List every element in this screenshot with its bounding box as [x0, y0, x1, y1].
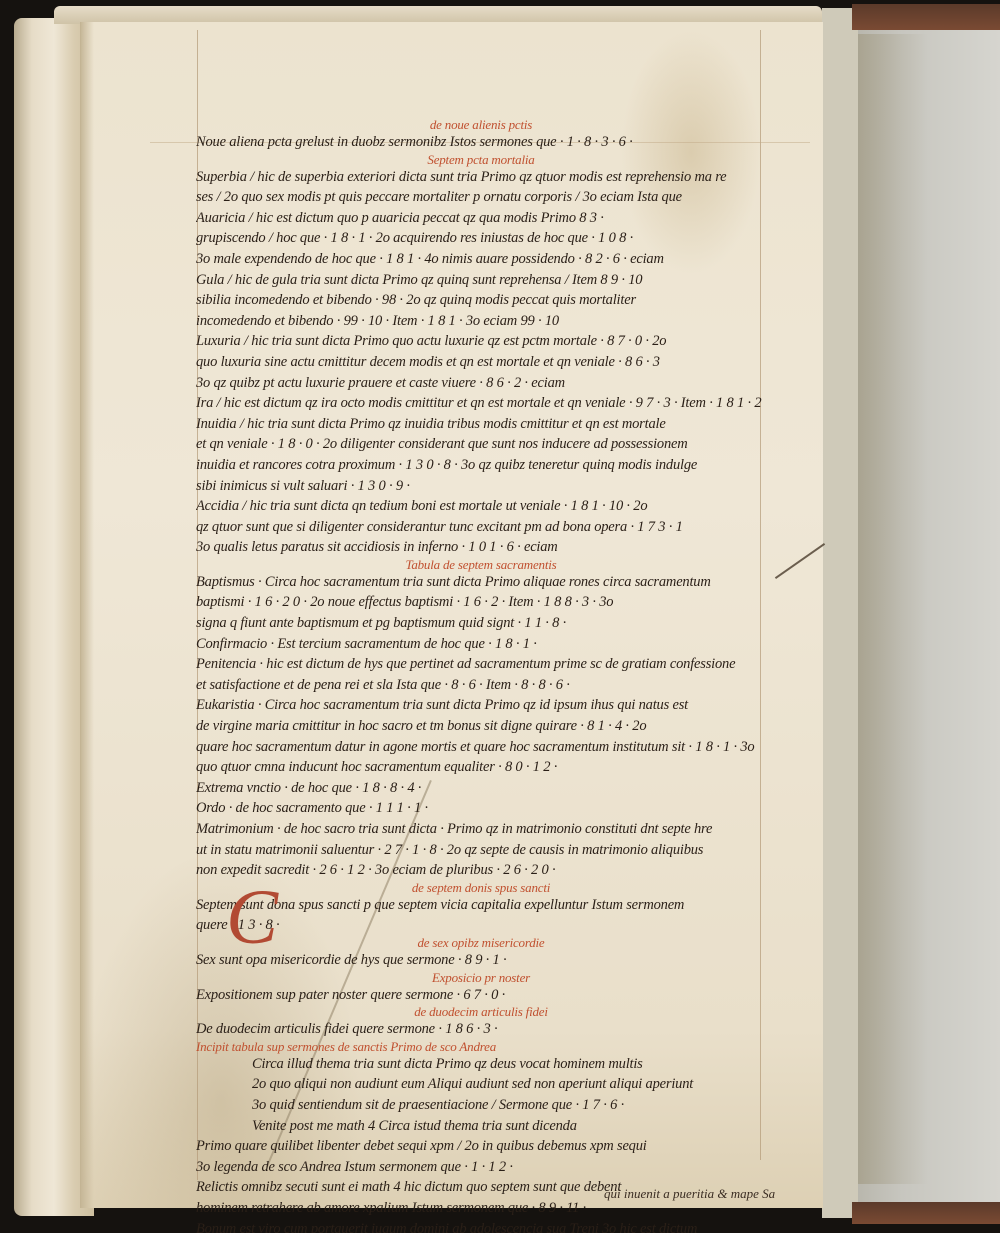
text-line: de virgine maria cmittitur in hoc sacro … [196, 716, 766, 737]
text-line: et qn veniale · 1 8 · 0 · 2o diligenter … [196, 434, 766, 455]
rubric: Exposicio pr noster [196, 971, 766, 985]
text-line: Bonum est viro cum portauerit iugum domi… [196, 1219, 766, 1233]
text-line: non expedit sacredit · 2 6 · 1 2 · 3o ec… [196, 860, 766, 881]
text-line: Noue aliena pcta grelust in duobz sermon… [196, 132, 766, 153]
bottom-marginal-note: qui inuenit a pueritia & mape Sa [604, 1186, 775, 1202]
text-line: Ordo · de hoc sacramento que · 1 1 1 · 1… [196, 798, 766, 819]
text-line: baptismi · 1 6 · 2 0 · 2o noue effectus … [196, 592, 766, 613]
text-line: ut in statu matrimonii saluentur · 2 7 ·… [196, 840, 766, 861]
text-line: Superbia / hic de superbia exteriori dic… [196, 167, 766, 188]
text-line: Ira / hic est dictum qz ira octo modis c… [196, 393, 766, 414]
text-line: signa q fiunt ante baptismum et pg bapti… [196, 613, 766, 634]
text-line: Gula / hic de gula tria sunt dicta Primo… [196, 270, 766, 291]
text-line: inuidia et rancores cotra proximum · 1 3… [196, 455, 766, 476]
rubric: Tabula de septem sacramentis [196, 558, 766, 572]
rubric: de noue alienis pctis [196, 118, 766, 132]
text-line: Matrimonium · de hoc sacro tria sunt dic… [196, 819, 766, 840]
rubric: Incipit tabula sup sermones de sanctis P… [196, 1040, 766, 1054]
text-line: Penitencia · hic est dictum de hys que p… [196, 654, 766, 675]
text-line: Accidia / hic tria sunt dicta qn tedium … [196, 496, 766, 517]
text-line: quo luxuria sine actu cmittitur decem mo… [196, 352, 766, 373]
rubric: Septem pcta mortalia [196, 153, 766, 167]
text-line: incomedendo et bibendo · 99 · 10 · Item … [196, 311, 766, 332]
text-line: 3o qualis letus paratus sit accidiosis i… [196, 537, 766, 558]
text-block: de noue alienis pctis Noue aliena pcta g… [196, 118, 766, 1233]
text-line: Luxuria / hic tria sunt dicta Primo quo … [196, 331, 766, 352]
text-line: Sex sunt opa misericordie de hys que ser… [196, 950, 766, 971]
text-line: Auaricia / hic est dictum quo p auaricia… [196, 208, 766, 229]
binding-leather-top [852, 4, 1000, 30]
decorated-initial: C [226, 884, 282, 950]
water-stain [858, 34, 928, 1184]
text-line: quo qtuor cmna inducunt hoc sacramentum … [196, 757, 766, 778]
text-line: Circa illud thema tria sunt dicta Primo … [196, 1054, 766, 1075]
text-line: Primo quare quilibet libenter debet sequ… [196, 1136, 766, 1157]
text-line: quare hoc sacramentum datur in agone mor… [196, 737, 766, 758]
text-line: sibi inimicus si vult saluari · 1 3 0 · … [196, 476, 766, 497]
text-line: 3o male expendendo de hoc que · 1 8 1 · … [196, 249, 766, 270]
text-line: Confirmacio · Est tercium sacramentum de… [196, 634, 766, 655]
right-cover-board [822, 8, 1000, 1218]
text-line: 3o legenda de sco Andrea Istum sermonem … [196, 1157, 766, 1178]
text-line: 2o quo aliqui non audiunt eum Aliqui aud… [196, 1074, 766, 1095]
binding-leather-bottom [852, 1202, 1000, 1224]
text-line: Extrema vnctio · de hoc que · 1 8 · 8 · … [196, 778, 766, 799]
text-line: grupiscendo / hoc que · 1 8 · 1 · 2o acq… [196, 228, 766, 249]
rubric: de duodecim articulis fidei [196, 1005, 766, 1019]
text-line: 3o quid sentiendum sit de praesentiacion… [196, 1095, 766, 1116]
text-line: qz qtuor sunt que si diligenter consider… [196, 517, 766, 538]
text-line: Venite post me math 4 Circa istud thema … [196, 1116, 766, 1137]
gutter-shadow [80, 22, 94, 1208]
text-line: Expositionem sup pater noster quere serm… [196, 985, 766, 1006]
text-line: Baptismus · Circa hoc sacramentum tria s… [196, 572, 766, 593]
text-line: et satisfactione et de pena rei et sla I… [196, 675, 766, 696]
text-line: ses / 2o quo sex modis pt quis peccare m… [196, 187, 766, 208]
text-line: sibilia incomedendo et bibendo · 98 · 2o… [196, 290, 766, 311]
text-line: Inuidia / hic tria sunt dicta Primo qz i… [196, 414, 766, 435]
text-line: De duodecim articulis fidei quere sermon… [196, 1019, 766, 1040]
text-line: Eukaristia · Circa hoc sacramentum tria … [196, 695, 766, 716]
text-line: 3o qz quibz pt actu luxurie prauere et c… [196, 373, 766, 394]
